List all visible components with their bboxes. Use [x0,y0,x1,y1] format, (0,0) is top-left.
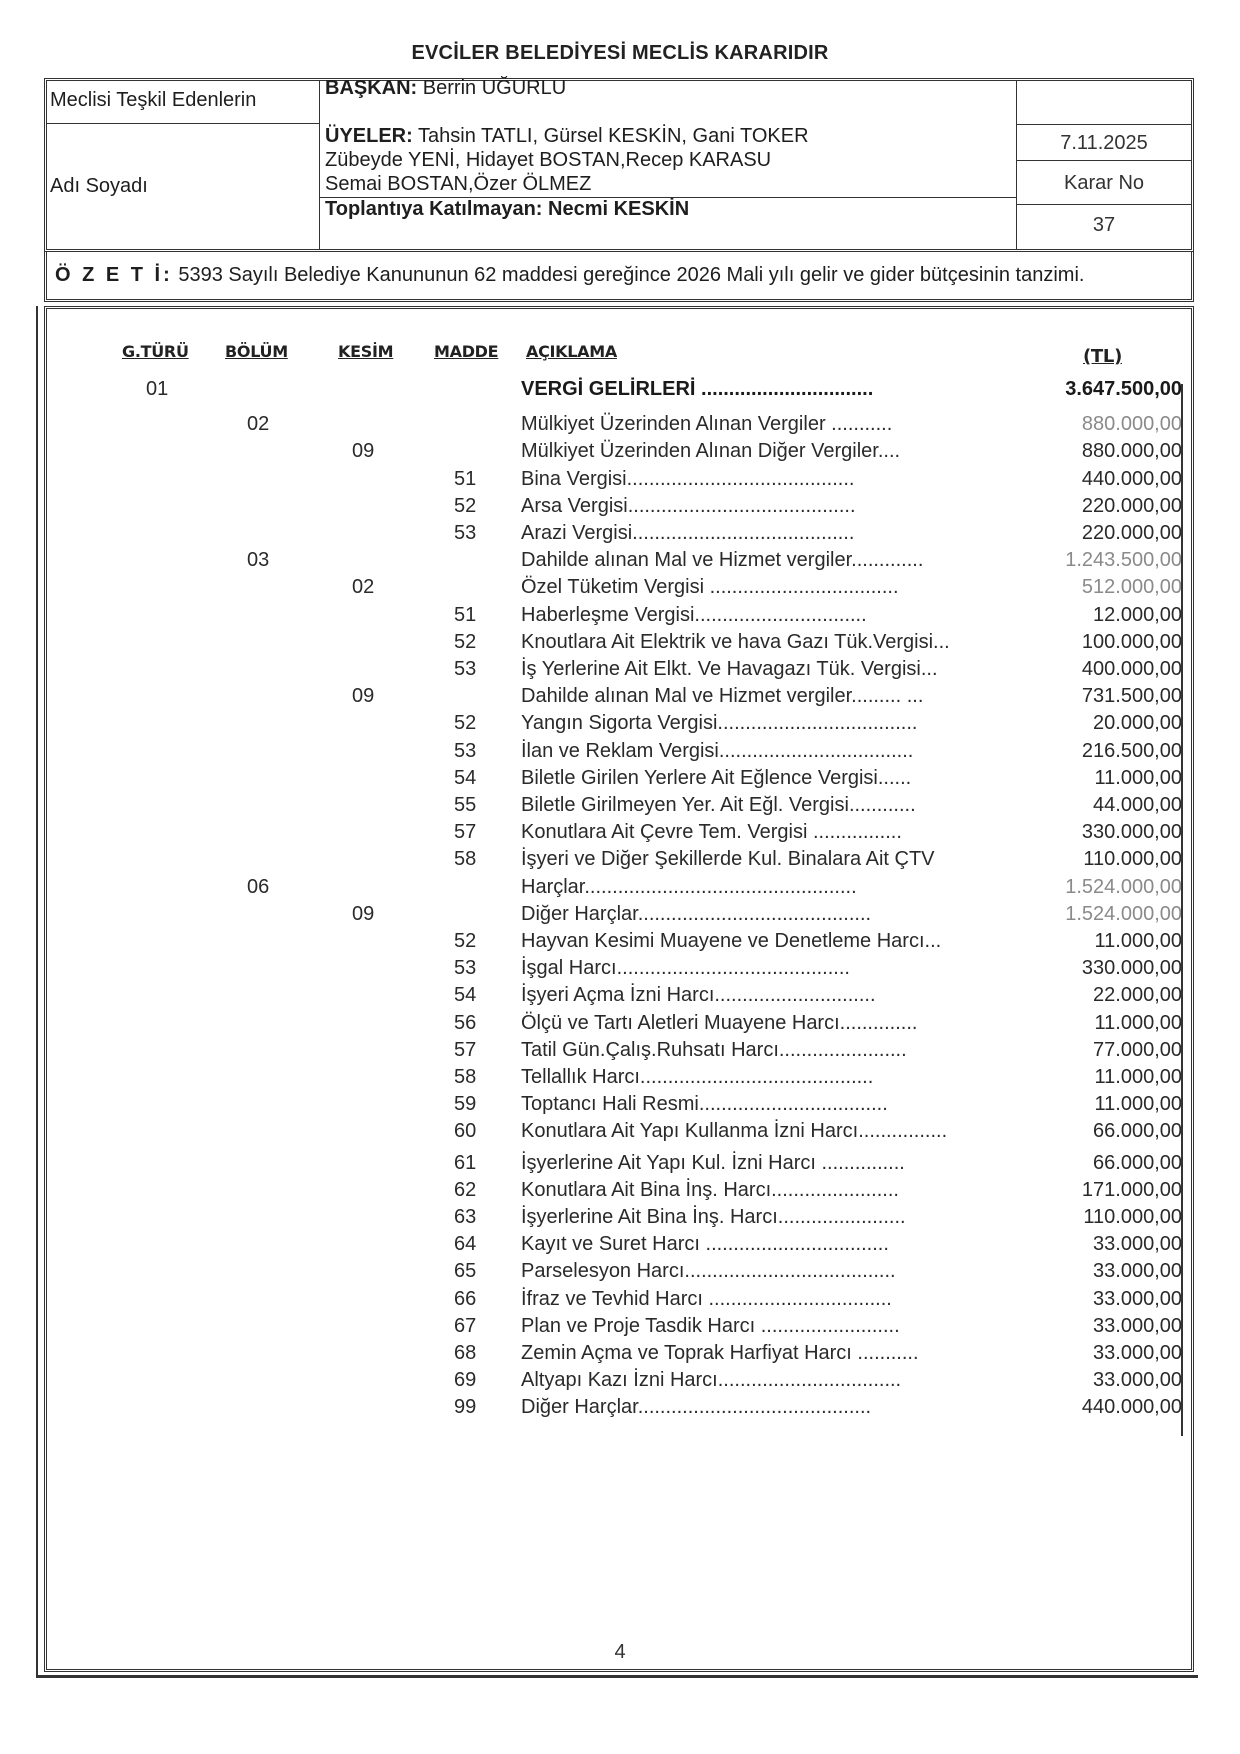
absent-divider [320,197,1016,198]
kesim-cell: 09 [352,903,374,926]
table-row: 51Haberleşme Vergisi....................… [0,604,1240,631]
decision-no: 37 [1017,205,1191,249]
madde-cell: 55 [454,794,476,817]
amount-cell: 11.000,00 [1095,1012,1183,1035]
summary-label: Ö Z E T İ: [55,264,173,286]
madde-cell: 51 [454,468,476,491]
amount-cell: 731.500,00 [1082,685,1182,708]
description-cell: İşgal Harcı.............................… [521,957,850,980]
table-row: 57Konutlara Ait Çevre Tem. Vergisi .....… [0,821,1240,848]
madde-cell: 53 [454,522,476,545]
table-row: 52Hayvan Kesimi Muayene ve Denetleme Har… [0,930,1240,957]
madde-cell: 65 [454,1260,476,1283]
amount-cell: 33.000,00 [1093,1233,1182,1256]
amount-cell: 880.000,00 [1082,440,1182,463]
description-cell: Harçlar.................................… [521,876,857,899]
meeting-date: 7.11.2025 [1017,125,1191,161]
madde-cell: 99 [454,1396,476,1419]
description-cell: Hayvan Kesimi Muayene ve Denetleme Harcı… [521,930,941,953]
amount-cell: 1.524.000,00 [1065,876,1182,899]
document-title: EVCİLER BELEDİYESİ MECLİS KARARIDIR [0,42,1240,65]
amount-cell: 22.000,00 [1093,984,1182,1007]
description-cell: İşyerlerine Ait Yapı Kul. İzni Harcı ...… [521,1152,905,1175]
description-cell: Zemin Açma ve Toprak Harfiyat Harcı ....… [521,1342,919,1365]
madde-cell: 62 [454,1179,476,1202]
table-row: 67Plan ve Proje Tasdik Harcı ...........… [0,1315,1240,1342]
description-cell: İşyeri Açma İzni Harcı..................… [521,984,876,1007]
table-row: 53İlan ve Reklam Vergisi................… [0,740,1240,767]
members-label: ÜYELER: [325,125,413,147]
amount-cell: 1.524.000,00 [1065,903,1182,926]
madde-cell: 57 [454,1039,476,1062]
amount-cell: 66.000,00 [1093,1152,1182,1175]
madde-cell: 52 [454,930,476,953]
amount-cell: 77.000,00 [1093,1039,1182,1062]
amount-cell: 33.000,00 [1093,1342,1182,1365]
description-cell: Tatil Gün.Çalış.Ruhsatı Harcı...........… [521,1039,907,1062]
header-left-column: Meclisi Teşkil Edenlerin Adı Soyadı [47,81,320,249]
amount-cell: 11.000,00 [1095,1093,1183,1116]
description-cell: Özel Tüketim Vergisi ...................… [521,576,899,599]
column-header-madde: MADDE [434,342,498,361]
table-row: 59Toptancı Hali Resmi...................… [0,1093,1240,1120]
bolum-cell: 06 [247,876,269,899]
kesim-cell: 09 [352,685,374,708]
description-cell: Biletle Girilen Yerlere Ait Eğlence Verg… [521,767,911,790]
table-row: 06Harçlar...............................… [0,876,1240,903]
bolum-cell: 03 [247,549,269,572]
members-line-1: ÜYELER: Tahsin TATLI, Gürsel KESKİN, Gan… [325,125,809,148]
column-header-aciklama: AÇIKLAMA [526,342,617,361]
description-cell: Mülkiyet Üzerinden Alınan Diğer Vergiler… [521,440,900,463]
description-cell: İlan ve Reklam Vergisi..................… [521,740,913,763]
madde-cell: 53 [454,740,476,763]
amount-cell: 3.647.500,00 [1065,378,1182,401]
madde-cell: 57 [454,821,476,844]
description-cell: Altyapı Kazı İzni Harcı.................… [521,1369,901,1392]
description-cell: Konutlara Ait Yapı Kullanma İzni Harcı..… [521,1120,947,1143]
amount-cell: 220.000,00 [1082,495,1182,518]
madde-cell: 58 [454,848,476,871]
table-row: 54Biletle Girilen Yerlere Ait Eğlence Ve… [0,767,1240,794]
council-header-box: Meclisi Teşkil Edenlerin Adı Soyadı BAŞK… [44,78,1194,252]
kesim-cell: 09 [352,440,374,463]
table-row: 99Diğer Harçlar.........................… [0,1396,1240,1423]
council-label: Meclisi Teşkil Edenlerin [47,81,319,124]
description-cell: Dahilde alınan Mal ve Hizmet vergiler...… [521,685,923,708]
amount-cell: 171.000,00 [1082,1179,1182,1202]
table-row: 52Arsa Vergisi..........................… [0,495,1240,522]
table-row: 65Parselesyon Harcı.....................… [0,1260,1240,1287]
madde-cell: 64 [454,1233,476,1256]
description-cell: Ölçü ve Tartı Aletleri Muayene Harcı....… [521,1012,917,1035]
table-row: 58İşyeri ve Diğer Şekillerde Kul. Binala… [0,848,1240,875]
header-members-column: BAŞKAN: Berrin UĞURLU ÜYELER: Tahsin TAT… [320,81,1017,249]
madde-cell: 69 [454,1369,476,1392]
madde-cell: 60 [454,1120,476,1143]
description-cell: Toptancı Hali Resmi.....................… [521,1093,888,1116]
description-cell: Konutlara Ait Çevre Tem. Vergisi .......… [521,821,902,844]
description-cell: İfraz ve Tevhid Harcı ..................… [521,1288,892,1311]
table-row: 02Mülkiyet Üzerinden Alınan Vergiler ...… [0,413,1240,440]
table-row: 61İşyerlerine Ait Yapı Kul. İzni Harcı .… [0,1152,1240,1179]
madde-cell: 52 [454,631,476,654]
description-cell: Yangın Sigorta Vergisi..................… [521,712,917,735]
amount-cell: 512.000,00 [1082,576,1182,599]
table-row: 68Zemin Açma ve Toprak Harfiyat Harcı ..… [0,1342,1240,1369]
amount-cell: 400.000,00 [1082,658,1182,681]
table-row: 03Dahilde alınan Mal ve Hizmet vergiler.… [0,549,1240,576]
amount-cell: 12.000,00 [1093,604,1182,627]
column-header-amount: (TL) [1083,346,1122,367]
madde-cell: 63 [454,1206,476,1229]
blank-cell [1017,81,1191,125]
table-row: 02Özel Tüketim Vergisi .................… [0,576,1240,603]
description-cell: VERGİ GELİRLERİ ........................… [521,378,873,401]
madde-cell: 54 [454,767,476,790]
bolum-cell: 02 [247,413,269,436]
madde-cell: 53 [454,957,476,980]
kesim-cell: 02 [352,576,374,599]
table-row: 55Biletle Girilmeyen Yer. Ait Eğl. Vergi… [0,794,1240,821]
amount-cell: 440.000,00 [1082,1396,1182,1419]
table-row: 63İşyerlerine Ait Bina İnş. Harcı.......… [0,1206,1240,1233]
gturu-cell: 01 [146,378,168,401]
description-cell: Knoutlara Ait Elektrik ve hava Gazı Tük.… [521,631,950,654]
amount-cell: 330.000,00 [1082,821,1182,844]
amount-cell: 330.000,00 [1082,957,1182,980]
madde-cell: 59 [454,1093,476,1116]
table-row: 51Bina Vergisi..........................… [0,468,1240,495]
table-row: 69Altyapı Kazı İzni Harcı...............… [0,1369,1240,1396]
table-row: 52Knoutlara Ait Elektrik ve hava Gazı Tü… [0,631,1240,658]
amount-cell: 1.243.500,00 [1065,549,1182,572]
description-cell: Arsa Vergisi............................… [521,495,856,518]
amount-cell: 100.000,00 [1082,631,1182,654]
absent-line: Toplantıya Katılmayan: Necmi KESKİN [325,198,689,221]
description-cell: Diğer Harçlar...........................… [521,903,871,926]
chairman-label: BAŞKAN: [325,77,417,99]
description-cell: Mülkiyet Üzerinden Alınan Vergiler .....… [521,413,892,436]
description-cell: Konutlara Ait Bina İnş. Harcı...........… [521,1179,899,1202]
description-cell: Kayıt ve Suret Harcı ...................… [521,1233,889,1256]
members-names-1: Tahsin TATLI, Gürsel KESKİN, Gani TOKER [418,125,809,147]
absent-label: Toplantıya Katılmayan: [325,198,542,220]
madde-cell: 68 [454,1342,476,1365]
table-row: 09Dahilde alınan Mal ve Hizmet vergiler.… [0,685,1240,712]
description-cell: Parselesyon Harcı.......................… [521,1260,896,1283]
amount-cell: 33.000,00 [1093,1260,1182,1283]
madde-cell: 56 [454,1012,476,1035]
table-row: 62Konutlara Ait Bina İnş. Harcı.........… [0,1179,1240,1206]
name-surname-label: Adı Soyadı [47,124,322,249]
summary-row: Ö Z E T İ: 5393 Sayılı Belediye Kanununu… [44,252,1194,302]
madde-cell: 67 [454,1315,476,1338]
table-row: 56Ölçü ve Tartı Aletleri Muayene Harcı..… [0,1012,1240,1039]
chairman-name: Berrin UĞURLU [423,77,566,99]
description-cell: Arazi Vergisi...........................… [521,522,854,545]
madde-cell: 61 [454,1152,476,1175]
amount-cell: 44.000,00 [1093,794,1182,817]
description-cell: Diğer Harçlar...........................… [521,1396,871,1419]
description-cell: Dahilde alınan Mal ve Hizmet vergiler...… [521,549,923,572]
madde-cell: 52 [454,712,476,735]
description-cell: İş Yerlerine Ait Elkt. Ve Havagazı Tük. … [521,658,938,681]
summary-text: 5393 Sayılı Belediye Kanununun 62 maddes… [178,264,1084,286]
table-row: 53Arazi Vergisi.........................… [0,522,1240,549]
amount-cell: 20.000,00 [1093,712,1182,735]
description-cell: Haberleşme Vergisi......................… [521,604,867,627]
table-row: 66İfraz ve Tevhid Harcı ................… [0,1288,1240,1315]
madde-cell: 58 [454,1066,476,1089]
column-header-gturu: G.TÜRÜ [122,342,189,361]
description-cell: Tellallık Harcı.........................… [521,1066,873,1089]
description-cell: Bina Vergisi............................… [521,468,854,491]
members-line-3: Semai BOSTAN,Özer ÖLMEZ [325,173,591,196]
table-row: 58Tellallık Harcı.......................… [0,1066,1240,1093]
members-line-2: Zübeyde YENİ, Hidayet BOSTAN,Recep KARAS… [325,149,771,172]
amount-cell: 33.000,00 [1093,1315,1182,1338]
amount-cell: 110.000,00 [1083,1206,1182,1229]
madde-cell: 51 [454,604,476,627]
table-row: 53İşgal Harcı...........................… [0,957,1240,984]
amount-cell: 33.000,00 [1093,1288,1182,1311]
amount-cell: 11.000,00 [1095,767,1183,790]
header-right-column: 7.11.2025 Karar No 37 [1017,81,1191,249]
column-header-bolum: BÖLÜM [225,342,288,361]
table-row: 09Mülkiyet Üzerinden Alınan Diğer Vergil… [0,440,1240,467]
absent-name: Necmi KESKİN [548,198,689,220]
description-cell: İşyerlerine Ait Bina İnş. Harcı.........… [521,1206,906,1229]
table-row: 60Konutlara Ait Yapı Kullanma İzni Harcı… [0,1120,1240,1147]
table-row: 57Tatil Gün.Çalış.Ruhsatı Harcı.........… [0,1039,1240,1066]
table-row: 09Diğer Harçlar.........................… [0,903,1240,930]
description-cell: İşyeri ve Diğer Şekillerde Kul. Binalara… [521,848,935,871]
chairman-line: BAŞKAN: Berrin UĞURLU [325,77,566,100]
description-cell: Plan ve Proje Tasdik Harcı .............… [521,1315,900,1338]
table-row: 54İşyeri Açma İzni Harcı................… [0,984,1240,1011]
description-cell: Biletle Girilmeyen Yer. Ait Eğl. Vergisi… [521,794,916,817]
amount-cell: 11.000,00 [1095,1066,1183,1089]
amount-column-rule [1181,384,1183,1436]
decision-no-label: Karar No [1017,161,1191,205]
amount-cell: 33.000,00 [1093,1369,1182,1392]
amount-cell: 880.000,00 [1082,413,1182,436]
amount-cell: 11.000,00 [1095,930,1183,953]
madde-cell: 52 [454,495,476,518]
amount-cell: 220.000,00 [1082,522,1182,545]
amount-cell: 110.000,00 [1083,848,1182,871]
column-header-kesim: KESİM [338,342,393,361]
madde-cell: 53 [454,658,476,681]
table-row: 53İş Yerlerine Ait Elkt. Ve Havagazı Tük… [0,658,1240,685]
madde-cell: 54 [454,984,476,1007]
amount-cell: 66.000,00 [1093,1120,1182,1143]
table-row: 01VERGİ GELİRLERİ ......................… [0,378,1240,405]
amount-cell: 440.000,00 [1082,468,1182,491]
amount-cell: 216.500,00 [1082,740,1182,763]
page-number: 4 [0,1641,1240,1664]
madde-cell: 66 [454,1288,476,1311]
table-row: 64Kayıt ve Suret Harcı .................… [0,1233,1240,1260]
table-row: 52Yangın Sigorta Vergisi................… [0,712,1240,739]
